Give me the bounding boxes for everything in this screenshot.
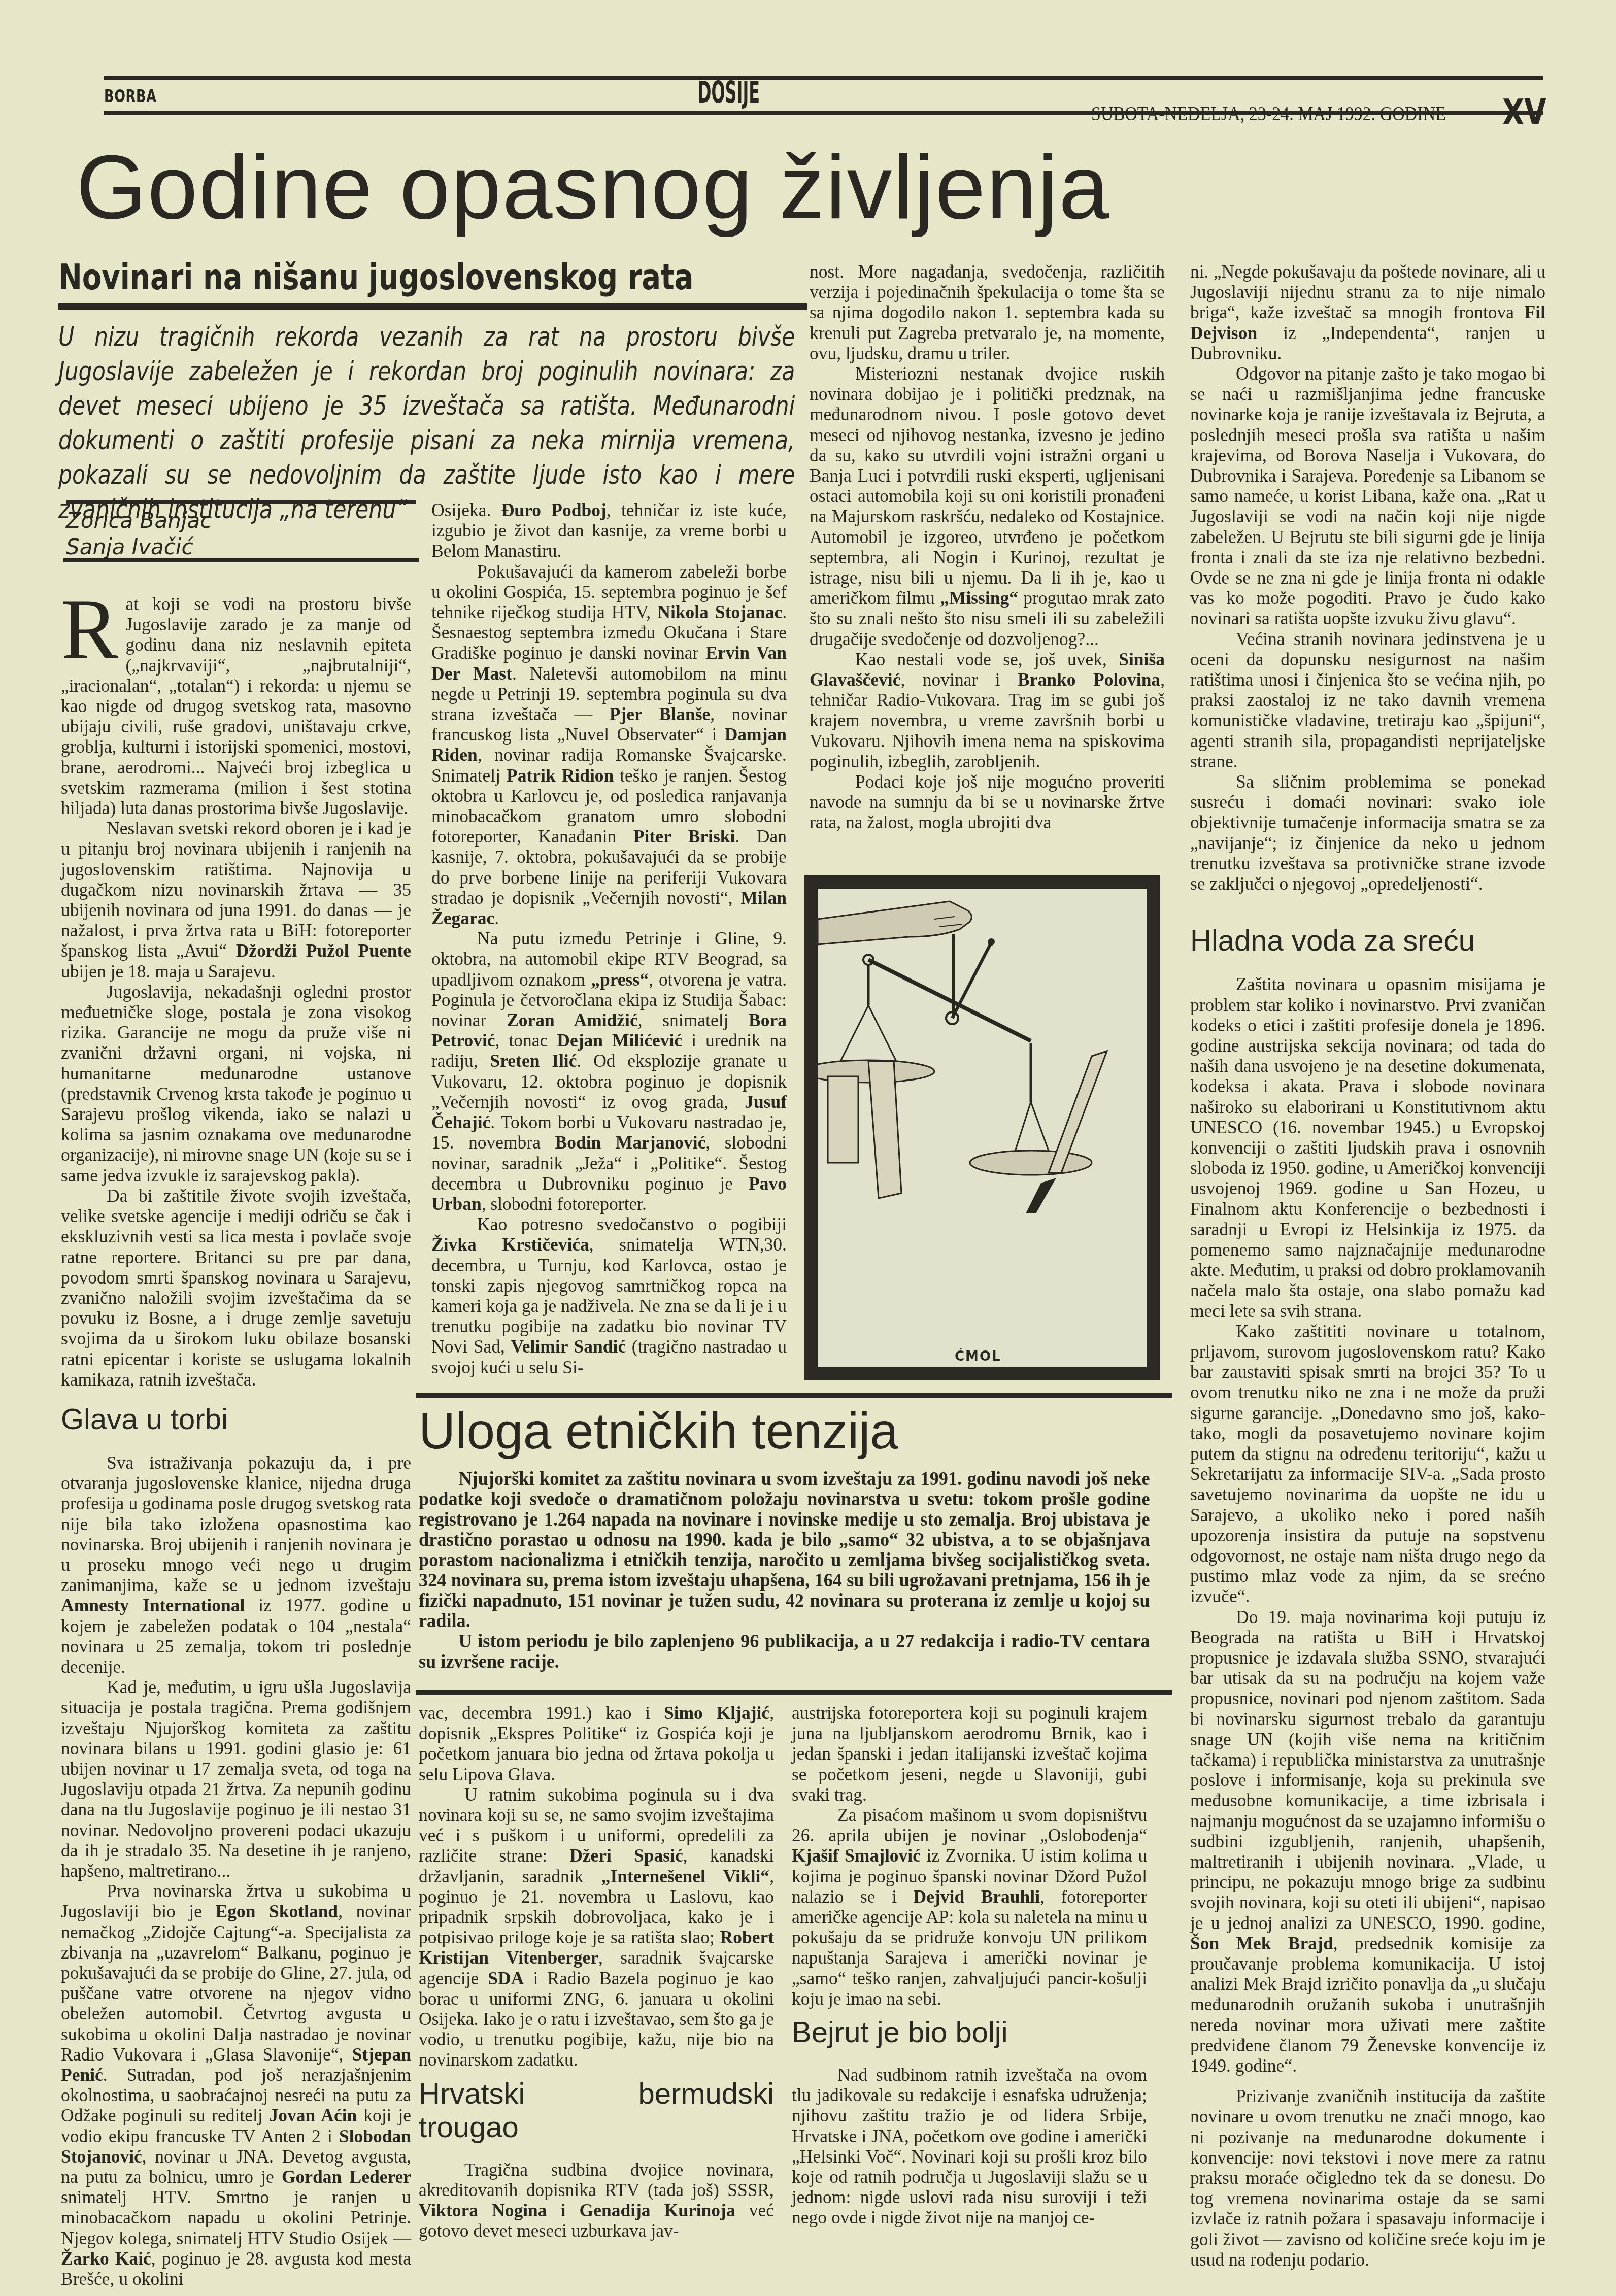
box-heading: Uloga etničkih tenzija xyxy=(419,1406,898,1457)
article-lead: U nizu tragičnih rekorda vezanih za rat … xyxy=(58,320,795,527)
paragraph: Kao potresno svedočanstvo o pogibiji Živ… xyxy=(431,1214,787,1377)
paragraph: Prva novinarska žrtva u sukobima u Jugos… xyxy=(61,1881,411,2289)
illustrator-signature: ĆMOL xyxy=(955,1349,1001,1364)
section-heading: Hladna voda za sreću xyxy=(1190,924,1545,958)
paragraph: Neslavan svetski rekord oboren je i kad … xyxy=(61,818,411,982)
paragraph: nost. More nagađanja, svedočenja, različ… xyxy=(810,261,1165,363)
column-3-lower: austrijska fotoreportera koji su poginul… xyxy=(792,1703,1147,2228)
paragraph: Za pisaćom mašinom u svom dopisništvu 26… xyxy=(792,1805,1147,2009)
subtitle-rule xyxy=(58,303,807,310)
byline-bottom-rule xyxy=(63,558,419,562)
column-2: Osijeka. Đuro Podboj, tehničar iz iste k… xyxy=(431,500,787,1377)
paragraph: Kako zaštititi novinare u totalnom, prlj… xyxy=(1190,1321,1545,1607)
paragraph: Sva istraživanja pokazuju da, i pre otva… xyxy=(61,1453,411,1677)
header-bottom-rule xyxy=(104,111,1543,115)
paragraph: U istom periodu je bilo zaplenjeno 96 pu… xyxy=(419,1632,1150,1672)
paragraph: Na putu između Petrinje i Gline, 9. okto… xyxy=(431,928,787,1214)
newspaper-name: BORBA xyxy=(104,86,157,107)
paragraph: Većina stranih novinara jedinstvena je u… xyxy=(1190,629,1545,771)
paragraph: vac, decembra 1991.) kao i Simo Kljajić,… xyxy=(419,1703,774,1784)
paragraph: ni. „Negde pokušavaju da poštede novinar… xyxy=(1190,261,1545,363)
paragraph: Misteriozni nestanak dvojice ruskih novi… xyxy=(810,363,1165,649)
byline: Zorica Banjac Sanja Ivačić xyxy=(66,508,212,560)
article-subtitle: Novinari na nišanu jugoslovenskog rata xyxy=(58,256,694,298)
section-heading: Bejrut je bio bolji xyxy=(792,2016,1147,2049)
paragraph: Podaci koje još nije mogućno proveriti n… xyxy=(810,771,1165,833)
illustration-frame: ĆMOL xyxy=(804,875,1160,1380)
paragraph: Njujorški komitet za zaštitu novinara u … xyxy=(419,1469,1150,1632)
paragraph: Zaštita novinara u opasnim misijama je p… xyxy=(1190,974,1545,1321)
column-3: nost. More nagađanja, svedočenja, različ… xyxy=(810,261,1165,833)
author-name: Sanja Ivačić xyxy=(66,534,212,560)
paragraph: Rat koji se vodi na prostoru bivše Jugos… xyxy=(61,594,411,818)
paragraph: Jugoslavija, nekadašnji ogledni prostor … xyxy=(61,982,411,1186)
author-name: Zorica Banjac xyxy=(66,508,212,534)
paragraph: austrijska fotoreportera koji su poginul… xyxy=(792,1703,1147,1805)
paragraph: Osijeka. Đuro Podboj, tehničar iz iste k… xyxy=(431,500,787,561)
article-title: Godine opasnog življenja xyxy=(76,142,1110,232)
paragraph: Odgovor na pitanje zašto je tako mogao b… xyxy=(1190,363,1545,629)
header-top-rule xyxy=(104,76,1543,80)
paragraph: Sa sličnim problemima se ponekad susreću… xyxy=(1190,771,1545,894)
drop-cap: R xyxy=(61,597,118,662)
paragraph: U ratnim sukobima poginula su i dva novi… xyxy=(419,1784,774,2070)
paragraph: Kao nestali vode se, još uvek, Siniša Gl… xyxy=(810,649,1165,771)
paragraph: Da bi zaštitile živote svojih izveštača,… xyxy=(61,1186,411,1390)
paragraph: Tragična sudbina dvojice novinara, akred… xyxy=(419,2159,774,2241)
column-4: ni. „Negde pokušavaju da poštede novinar… xyxy=(1190,261,1545,2270)
scales-of-justice-illustration xyxy=(818,889,1147,1367)
section-name: DOSIJE xyxy=(698,75,760,110)
paragraph: Kad je, međutim, u igru ušla Jugoslavija… xyxy=(61,1677,411,1881)
box-top-rule xyxy=(416,1393,1172,1398)
paragraph: Pokušavajući da kamerom zabeleži borbe u… xyxy=(431,561,787,929)
paragraph: Do 19. maja novinarima koji putuju iz Be… xyxy=(1190,1607,1545,2076)
box-text: Njujorški komitet za zaštitu novinara u … xyxy=(419,1469,1150,1672)
paragraph: Prizivanje zvaničnih institucija da zašt… xyxy=(1190,2086,1545,2270)
paragraph: Nad sudbinom ratnih izveštača na ovom tl… xyxy=(792,2065,1147,2228)
byline-top-rule xyxy=(66,500,416,504)
section-heading: Hrvatski bermudski trougao xyxy=(419,2077,774,2144)
section-heading: Glava u torbi xyxy=(61,1403,411,1436)
box-bottom-rule xyxy=(416,1690,1172,1695)
column-2-lower: vac, decembra 1991.) kao i Simo Kljajić,… xyxy=(419,1703,774,2241)
column-1: Rat koji se vodi na prostoru bivše Jugos… xyxy=(61,594,411,2289)
